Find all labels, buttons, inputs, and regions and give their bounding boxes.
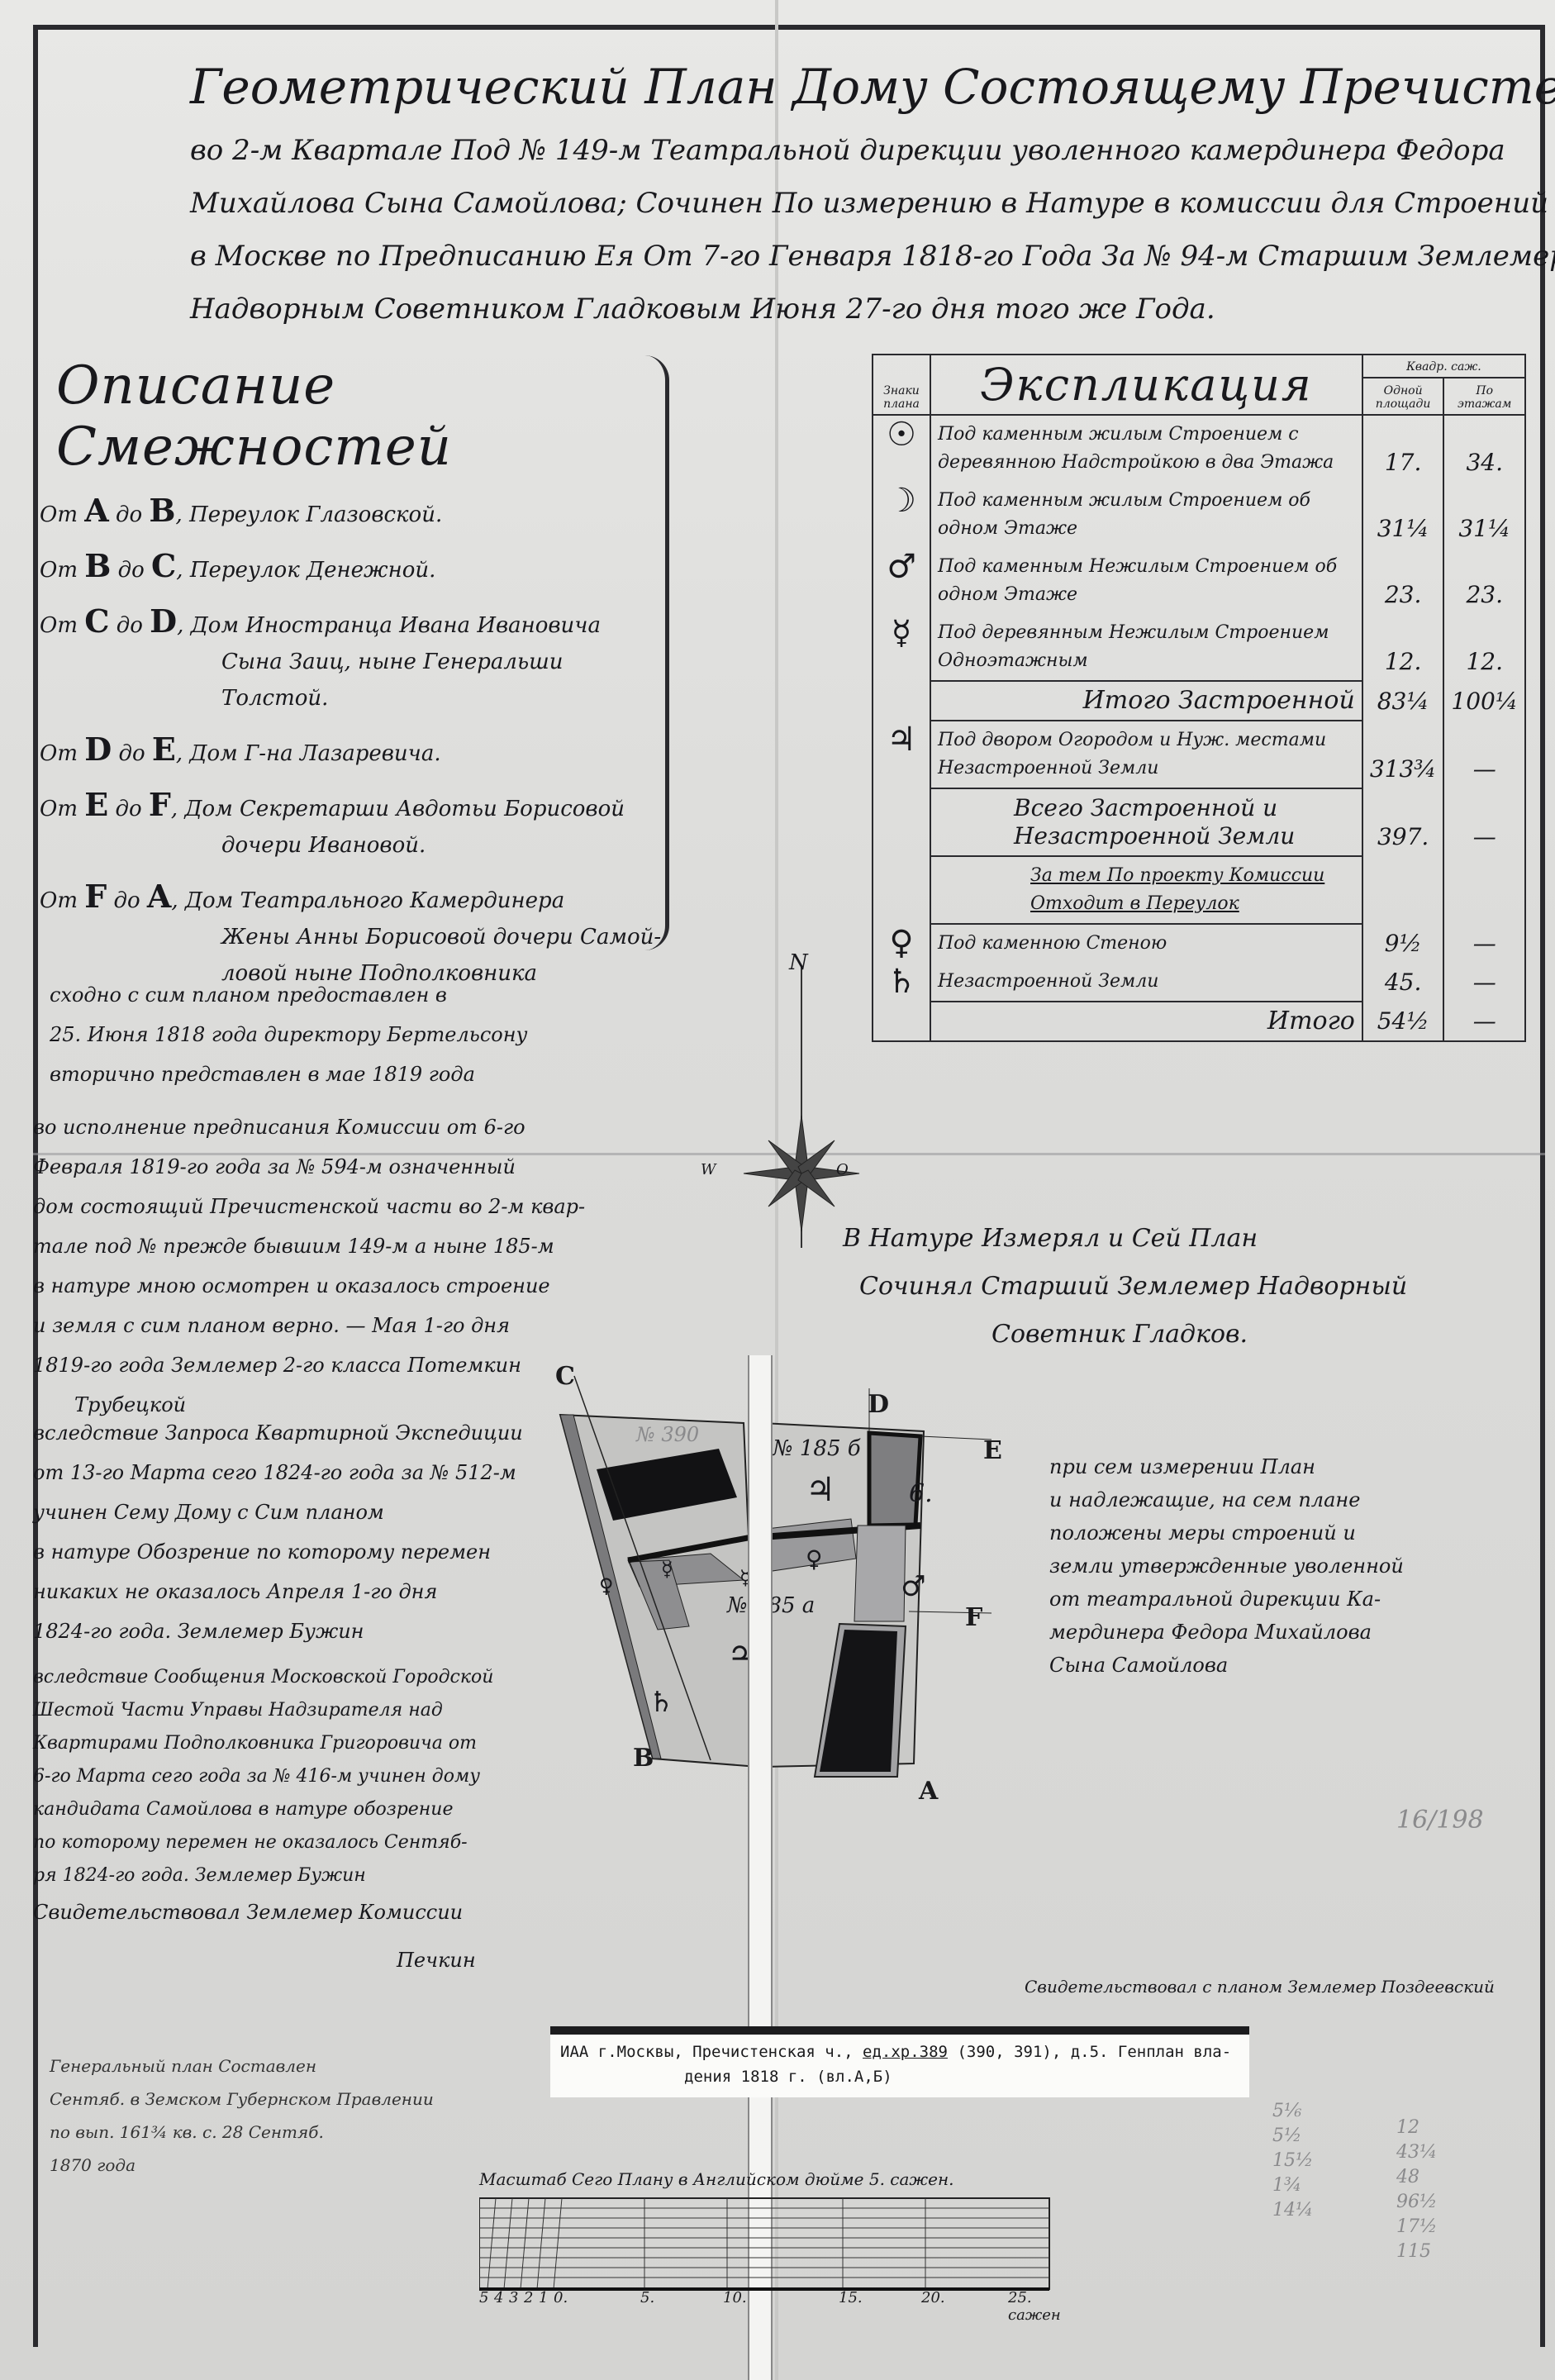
explication-row: ☿ Под деревянным Нежилым Строением Одноэ…	[873, 614, 1525, 681]
document-sheet: Геометрический План Дому Состоящему Преч…	[0, 0, 1555, 2380]
title-line-5: Надворным Советником Гладковым Июня 27-г…	[190, 283, 1363, 336]
corner-e: E	[983, 1436, 1002, 1465]
left-note-1: сходно с сим планом предоставлен в 25. И…	[50, 975, 527, 1094]
project-total-row: Итого 54½ —	[873, 1002, 1525, 1041]
adjacency-description: Описание Смежностей От A до B, Переулок …	[40, 355, 668, 992]
mars-symbol-icon: ♂	[873, 548, 930, 614]
parcel-label-390: № 390	[636, 1423, 699, 1446]
subtotal-built-row: Итого Застроенной 83¼ 100¼	[873, 681, 1525, 721]
sun-symbol-icon: ☉	[873, 415, 930, 482]
archive-label: ИАА г.Москвы, Пречистенская ч., ед.хр.38…	[550, 2026, 1249, 2097]
venus-symbol-icon: ♀	[873, 924, 930, 963]
col-group-header: Квадр. саж.	[1362, 355, 1525, 378]
adjacency-row-de: От D до E, Дом Г-на Лазаревича.	[40, 731, 668, 772]
adjacency-title: Описание Смежностей	[56, 355, 668, 478]
explication-row: ♄ Незастроенной Земли 45. —	[873, 963, 1525, 1002]
corner-f: F	[965, 1603, 982, 1632]
saturn-symbol-icon: ♄	[873, 963, 930, 1002]
corner-d: D	[868, 1390, 889, 1419]
corner-a: A	[919, 1777, 938, 1806]
document-title-block: Геометрический План Дому Состоящему Преч…	[190, 50, 1363, 336]
compass-rose-icon	[727, 950, 876, 1248]
compass-north-label: N	[789, 950, 808, 975]
jupiter-plan-icon: ♃	[806, 1471, 835, 1509]
explication-row: ☽ Под каменным жилым Строением об одном …	[873, 482, 1525, 548]
pencil-calculations-2: 12 43¼ 48 96½ 17½ 115	[1396, 2116, 1437, 2264]
compass-west-label: W	[701, 1161, 716, 1178]
surveyor-signature-block: В Натуре Измерял и Сей План Сочинял Стар…	[843, 1215, 1407, 1359]
pencil-number: 16/198	[1396, 1806, 1484, 1835]
mercury-plan-icon: ☿	[661, 1558, 673, 1581]
left-note-2: во исполнение предписания Комиссии от 6-…	[33, 1107, 585, 1425]
yard-row: ♃ Под двором Огородом и Нуж. местами Нез…	[873, 721, 1525, 788]
right-note-2: Свидетельствовал с планом Землемер Позде…	[1025, 1967, 1495, 2006]
left-note-5: Свидетельствовал Землемер Комиссии Печки…	[33, 1892, 476, 1980]
explication-table: Знаки плана Экспликация Квадр. саж. Одно…	[872, 354, 1526, 1042]
adjacency-row-cd: От C до D, Дом Иностранца Ивана Иванович…	[40, 603, 668, 716]
left-note-6: Генеральный план Составлен Сентяб. в Зем…	[50, 2049, 434, 2182]
title-line-2: во 2-м Квартале Под № 149-м Театральной …	[190, 124, 1363, 177]
adjacency-row-ab: От A до B, Переулок Глазовской.	[40, 493, 668, 533]
scale-caption: Масштаб Сего Плану в Английском дюйме 5.…	[479, 2169, 954, 2189]
explication-row: ♀ Под каменною Стеною 9½ —	[873, 924, 1525, 963]
building-number: 6.	[909, 1479, 933, 1508]
corner-b: B	[633, 1744, 654, 1773]
left-note-3: вследствие Запроса Квартирной Экспедиции…	[33, 1413, 523, 1651]
moon-symbol-icon: ☽	[873, 482, 930, 548]
explication-row: ♂ Под каменным Нежилым Строением об одно…	[873, 548, 1525, 614]
title-line-4: в Москве по Предписанию Ея От 7-го Генва…	[190, 230, 1363, 283]
parcel-label-185b: № 185 б	[773, 1436, 861, 1461]
venus-plan-icon: ♀	[806, 1545, 822, 1573]
scale-bar	[479, 2190, 1058, 2297]
explication-title: Экспликация	[930, 355, 1362, 415]
col-sign-header: Знаки плана	[873, 355, 930, 415]
adjacency-row-bc: От B до C, Переулок Денежной.	[40, 548, 668, 588]
corner-c: C	[555, 1362, 575, 1391]
compass-east-label: O	[836, 1161, 849, 1178]
jupiter-symbol-icon: ♃	[873, 721, 930, 788]
decorative-scroll-border	[644, 355, 669, 950]
explication-header: Знаки плана Экспликация Квадр. саж.	[873, 355, 1525, 378]
right-note-1: при сем измерении План и надлежащие, на …	[1049, 1450, 1404, 1682]
title-line-1: Геометрический План Дому Состоящему Преч…	[190, 50, 1363, 124]
project-note-row: За тем По проекту Комиссии Отходит в Пер…	[873, 856, 1525, 924]
col-floors-header: По этажам	[1443, 378, 1525, 415]
saturn-plan-icon: ♄	[649, 1686, 673, 1719]
title-line-3: Михайлова Сына Самойлова; Сочинен По изм…	[190, 177, 1363, 230]
grand-total-row: Всего Застроенной и Незастроенной Земли …	[873, 788, 1525, 856]
left-note-4: вследствие Сообщения Московской Городско…	[33, 1661, 493, 1892]
adjacency-row-ef: От E до F, Дом Секретарши Авдотьи Борисо…	[40, 787, 668, 864]
pencil-calculations: 5⅙ 5½ 15½ 1¾ 14¼	[1272, 2099, 1313, 2223]
explication-row: ☉ Под каменным жилым Строением с деревян…	[873, 415, 1525, 482]
col-area-header: Одной площади	[1362, 378, 1444, 415]
mars-plan-icon: ♂	[901, 1570, 925, 1603]
venus-plan-icon: ♀	[599, 1574, 614, 1597]
mercury-symbol-icon: ☿	[873, 614, 930, 681]
